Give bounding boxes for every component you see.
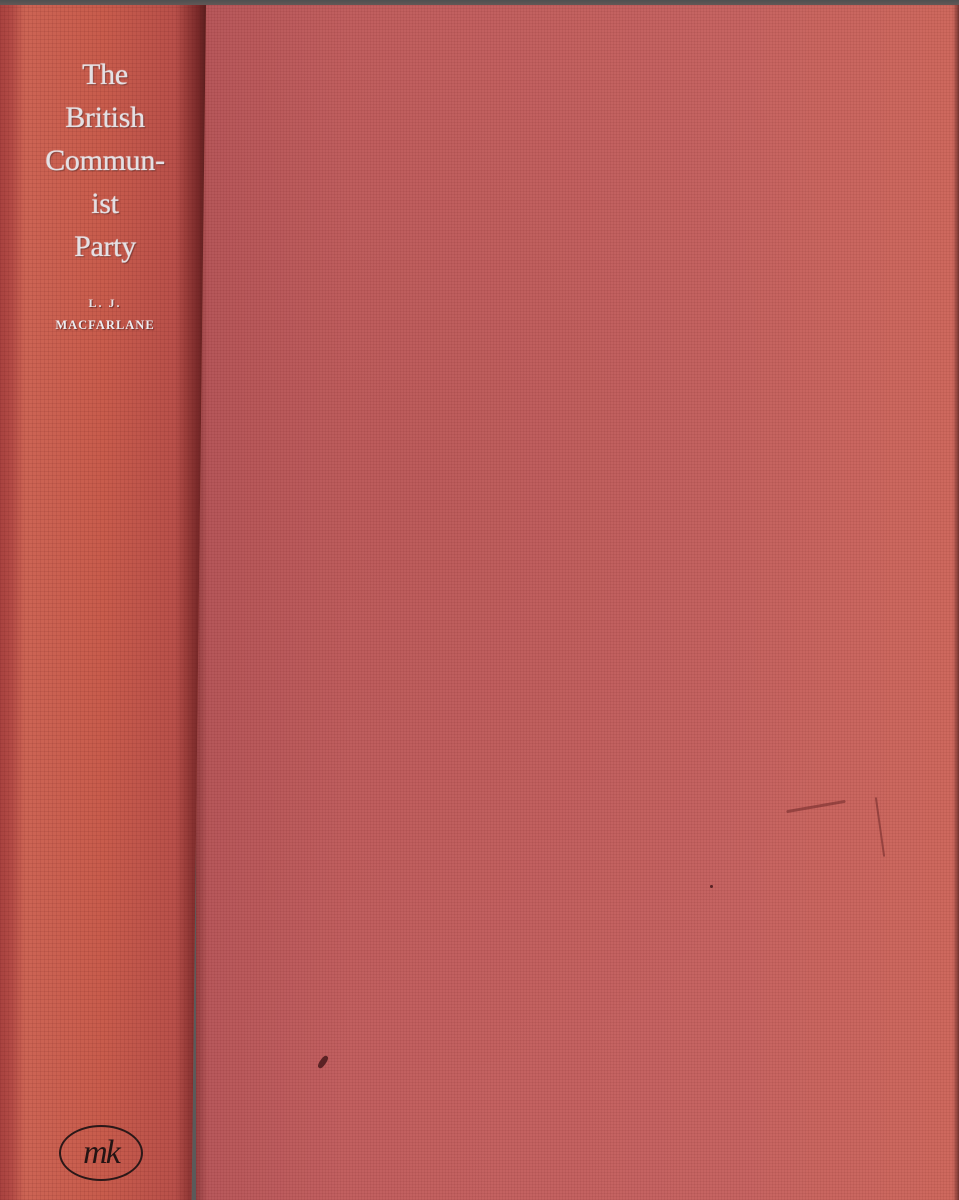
front-cover [196,5,959,1200]
cover-scuff-mark [875,797,885,857]
spine-title-line: Commun- [20,139,190,182]
cover-stain [317,1055,330,1070]
spine-author-initials: L. J. [20,296,190,311]
spine-title-line: British [20,96,190,139]
spine-title-line: Party [20,225,190,268]
spine-title-line: The [20,53,190,96]
book-spine: The British Commun- ist Party L. J. MACF… [0,5,206,1200]
spine-title: The British Commun- ist Party [20,53,190,268]
book: The British Commun- ist Party L. J. MACF… [0,5,959,1200]
publisher-logo-icon: MK [59,1125,143,1181]
publisher-logo-text: MK [83,1134,119,1172]
spine-title-line: ist [20,182,190,225]
cover-scuff-mark [786,800,846,813]
spine-author-name: MACFARLANE [20,318,190,333]
cover-stain [710,885,713,888]
